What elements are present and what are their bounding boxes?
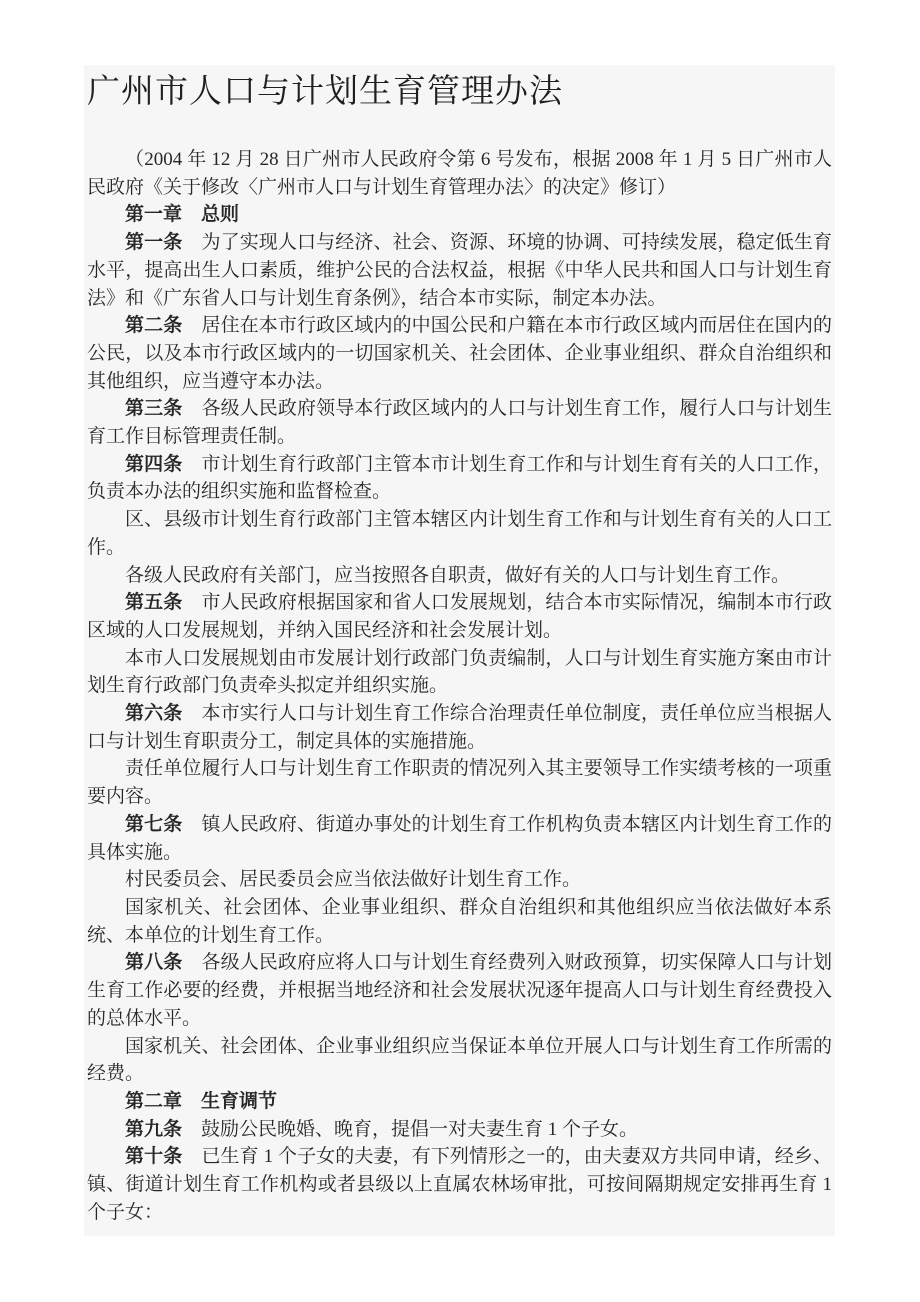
chapter-heading: 第一章 总则 xyxy=(87,201,832,229)
article-label: 第三条 xyxy=(125,398,182,419)
paragraph-text: 各级人民政府有关部门，应当按照各自职责，做好有关的人口与计划生育工作。 xyxy=(125,565,790,586)
body-paragraph: 本市人口发展规划由市发展计划行政部门负责编制，人口与计划生育实施方案由市计划生育… xyxy=(87,645,832,700)
paragraph-text: 国家机关、社会团体、企业事业组织、群众自治组织和其他组织应当依法做好本系统、本单… xyxy=(87,897,832,946)
chapter-heading: 第二章 生育调节 xyxy=(87,1088,832,1116)
paragraph-text: 区、县级市计划生育行政部门主管本辖区内计划生育工作和与计划生育有关的人口工作。 xyxy=(87,509,832,558)
article-paragraph: 第八条 各级人民政府应将人口与计划生育经费列入财政预算，切实保障人口与计划生育工… xyxy=(87,949,832,1032)
article-text: 本市实行人口与计划生育工作综合治理责任单位制度，责任单位应当根据人口与计划生育职… xyxy=(87,703,832,752)
article-text: 各级人民政府领导本行政区域内的人口与计划生育工作，履行人口与计划生育工作目标管理… xyxy=(87,398,832,447)
body-paragraph: 国家机关、社会团体、企业事业组织应当保证本单位开展人口与计划生育工作所需的经费。 xyxy=(87,1033,832,1088)
article-paragraph: 第三条 各级人民政府领导本行政区域内的人口与计划生育工作，履行人口与计划生育工作… xyxy=(87,395,832,450)
article-text: 鼓励公民晚婚、晚育，提倡一对夫妻生育 1 个子女。 xyxy=(201,1119,638,1140)
body-paragraph: 区、县级市计划生育行政部门主管本辖区内计划生育工作和与计划生育有关的人口工作。 xyxy=(87,506,832,561)
body-paragraph: 各级人民政府有关部门，应当按照各自职责，做好有关的人口与计划生育工作。 xyxy=(87,562,832,590)
article-paragraph: 第九条 鼓励公民晚婚、晚育，提倡一对夫妻生育 1 个子女。 xyxy=(87,1116,832,1144)
article-label: 第十条 xyxy=(125,1146,182,1167)
paragraph-text: 责任单位履行人口与计划生育工作职责的情况列入其主要领导工作实绩考核的一项重要内容… xyxy=(87,758,832,807)
article-text: 各级人民政府应将人口与计划生育经费列入财政预算，切实保障人口与计划生育工作必要的… xyxy=(87,952,832,1028)
article-text: 已生育 1 个子女的夫妻，有下列情形之一的，由夫妻双方共同申请，经乡、镇、街道计… xyxy=(87,1146,832,1222)
document-title: 广州市人口与计划生育管理办法 xyxy=(87,70,832,114)
article-label: 第二条 xyxy=(125,315,182,336)
article-text: 市计划生育行政部门主管本市计划生育工作和与计划生育有关的人口工作，负责本办法的组… xyxy=(87,454,832,503)
article-label: 第六条 xyxy=(125,703,182,724)
paragraph-text: 国家机关、社会团体、企业事业组织应当保证本单位开展人口与计划生育工作所需的经费。 xyxy=(87,1036,832,1085)
document-content-area: 广州市人口与计划生育管理办法 （2004 年 12 月 28 日广州市人民政府令… xyxy=(84,65,835,1236)
body-paragraph: 村民委员会、居民委员会应当依法做好计划生育工作。 xyxy=(87,866,832,894)
body-paragraph: 国家机关、社会团体、企业事业组织、群众自治组织和其他组织应当依法做好本系统、本单… xyxy=(87,894,832,949)
article-text: 市人民政府根据国家和省人口发展规划，结合本市实际情况，编制本市行政区域的人口发展… xyxy=(87,592,832,641)
chapter-label: 第一章 xyxy=(125,204,182,225)
article-paragraph: 第二条 居住在本市行政区域内的中国公民和户籍在本市行政区域内而居住在国内的公民，… xyxy=(87,312,832,395)
article-label: 第四条 xyxy=(125,454,182,475)
chapter-title: 总则 xyxy=(201,204,239,225)
article-paragraph: 第十条 已生育 1 个子女的夫妻，有下列情形之一的，由夫妻双方共同申请，经乡、镇… xyxy=(87,1143,832,1226)
body-paragraph: 责任单位履行人口与计划生育工作职责的情况列入其主要领导工作实绩考核的一项重要内容… xyxy=(87,755,832,810)
paragraph-text: （2004 年 12 月 28 日广州市人民政府令第 6 号发布，根据 2008… xyxy=(87,149,832,198)
article-text: 居住在本市行政区域内的中国公民和户籍在本市行政区域内而居住在国内的公民，以及本市… xyxy=(87,315,832,391)
paragraph-text: 本市人口发展规划由市发展计划行政部门负责编制，人口与计划生育实施方案由市计划生育… xyxy=(87,648,832,697)
article-paragraph: 第六条 本市实行人口与计划生育工作综合治理责任单位制度，责任单位应当根据人口与计… xyxy=(87,700,832,755)
article-label: 第七条 xyxy=(125,814,182,835)
article-paragraph: 第四条 市计划生育行政部门主管本市计划生育工作和与计划生育有关的人口工作，负责本… xyxy=(87,451,832,506)
article-paragraph: 第七条 镇人民政府、街道办事处的计划生育工作机构负责本辖区内计划生育工作的具体实… xyxy=(87,811,832,866)
document-page: 广州市人口与计划生育管理办法 （2004 年 12 月 28 日广州市人民政府令… xyxy=(0,0,920,1302)
article-paragraph: 第一条 为了实现人口与经济、社会、资源、环境的协调、可持续发展，稳定低生育水平，… xyxy=(87,229,832,312)
article-text: 镇人民政府、街道办事处的计划生育工作机构负责本辖区内计划生育工作的具体实施。 xyxy=(87,814,832,863)
article-paragraph: 第五条 市人民政府根据国家和省人口发展规划，结合本市实际情况，编制本市行政区域的… xyxy=(87,589,832,644)
intro-paragraph: （2004 年 12 月 28 日广州市人民政府令第 6 号发布，根据 2008… xyxy=(87,146,832,201)
article-label: 第五条 xyxy=(125,592,182,613)
chapter-label: 第二章 xyxy=(125,1091,182,1112)
article-label: 第八条 xyxy=(125,952,182,973)
chapter-title: 生育调节 xyxy=(201,1091,277,1112)
article-label: 第九条 xyxy=(125,1119,182,1140)
paragraph-text: 村民委员会、居民委员会应当依法做好计划生育工作。 xyxy=(125,869,581,890)
article-text: 为了实现人口与经济、社会、资源、环境的协调、可持续发展，稳定低生育水平，提高出生… xyxy=(87,232,832,308)
article-label: 第一条 xyxy=(125,232,182,253)
document-body: （2004 年 12 月 28 日广州市人民政府令第 6 号发布，根据 2008… xyxy=(87,146,832,1226)
